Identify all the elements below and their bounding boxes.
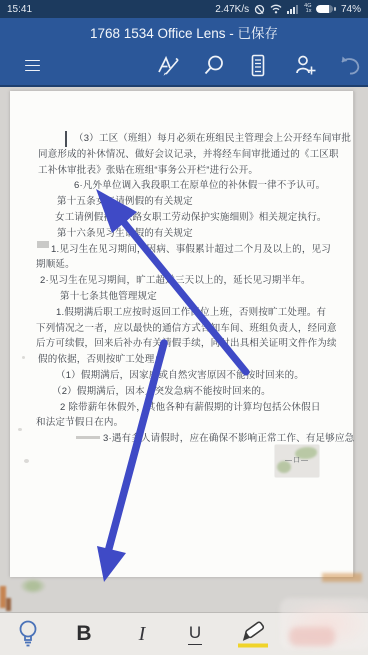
mobile-view-icon (249, 54, 267, 77)
doc-line: 1.假期满后职工应按时返回工作岗位上班，否则按旷工处理。有 (56, 307, 326, 318)
phone-screen: 15:41 2.47K/s 4G 1x (0, 0, 368, 655)
scan-smudge-orange (6, 598, 11, 611)
highlighter-icon (235, 619, 271, 649)
battery-percent: 74% (341, 4, 361, 15)
doc-line: 第十六条见习生请假的有关规定 (57, 228, 193, 239)
italic-button[interactable]: I (126, 613, 158, 655)
doc-line: 6·凡外单位调入我段职工在原单位的补休假一律不予认可。 (74, 180, 325, 191)
scan-artifact-dash (76, 436, 100, 439)
undo-button[interactable] (332, 46, 368, 85)
mobile-view-button[interactable] (240, 46, 276, 85)
document-canvas[interactable]: （3）工区（班组）每月必须在班组民主管理会上公开经车间审批同意形成的补休情况、做… (0, 87, 368, 612)
scanned-page[interactable]: （3）工区（班组）每月必须在班组民主管理会上公开经车间审批同意形成的补休情况、做… (10, 91, 354, 577)
doc-line: 同意形成的补休情况、做好会议记录，并将经车间审批通过的《工区职 (38, 149, 339, 160)
map-thumbnail: —口— (275, 445, 319, 477)
doc-line: 工补休审批表》张贴在班组“事务公开栏”进行公开。 (38, 165, 258, 176)
dual-sim-network-icon: 4G 1x (304, 4, 311, 15)
network-speed: 2.47K/s (215, 4, 249, 15)
doc-line: 3·遇有多人请假时，应在确保不影响正常工作、有足够应急 (103, 433, 354, 444)
clock: 15:41 (7, 4, 32, 15)
share-people-button[interactable] (285, 46, 325, 85)
underline-button[interactable]: U (179, 613, 211, 655)
doc-line: 下列情况之一者，应以最快的通信方式告知车间、班组负责人，经同意 (36, 323, 337, 334)
doc-line: 第十七条其他管理规定 (60, 291, 157, 302)
bold-button[interactable]: B (68, 613, 100, 655)
highlight-button[interactable] (234, 613, 272, 655)
add-people-icon (293, 54, 317, 77)
format-toolbar: B I U (0, 612, 368, 655)
document-title: 1768 1534 Office Lens - 已保存 (90, 22, 278, 42)
scan-speck (24, 459, 29, 463)
scan-speck (22, 356, 25, 359)
top-toolbar (0, 46, 368, 87)
mute-icon (254, 4, 265, 15)
doc-line: 期顺延。 (36, 259, 75, 270)
doc-line: 1.见习生在见习期间，因病、事假累计超过二个月及以上的，见习 (51, 244, 331, 255)
doc-line: 假的依据，否则按旷工处理： (38, 354, 164, 365)
doc-line: （1）假期满后，因家庭或自然灾害原因不能按时回来的。 (56, 370, 304, 381)
scan-speck (18, 428, 22, 431)
format-button[interactable] (150, 46, 188, 85)
status-bar: 15:41 2.47K/s 4G 1x (0, 0, 368, 18)
doc-line: （3）工区（班组）每月必须在班组民主管理会上公开经车间审批 (74, 133, 351, 144)
doc-line: 女工请例假按《铁路女职工劳动保护实施细则》相关规定执行。 (55, 212, 327, 223)
wifi-icon (270, 4, 282, 14)
scan-smudge-orange (322, 573, 362, 582)
doc-line: 后方可续假，回来后补办有关请假手续，同时出具相关证明文件作为续 (36, 338, 337, 349)
scan-artifact-box (37, 241, 49, 248)
search-icon (202, 54, 225, 77)
doc-line: 第十五条女工请例假的有关规定 (57, 196, 193, 207)
undo-icon (338, 55, 362, 77)
menu-button[interactable] (14, 46, 50, 85)
battery-nub (334, 7, 336, 11)
lightbulb-icon (17, 619, 39, 649)
battery-icon (316, 5, 333, 13)
text-cursor (65, 131, 67, 147)
suggestions-button[interactable] (12, 613, 44, 655)
signal-icon (287, 4, 299, 14)
battery-fill (316, 5, 329, 13)
doc-line: （2）假期满后，因本人突发急病不能按时回来的。 (52, 386, 271, 397)
search-button[interactable] (194, 46, 232, 85)
scan-smudge-green (15, 575, 51, 597)
title-bar: 1768 1534 Office Lens - 已保存 (0, 18, 368, 46)
doc-line: 和法定节假日在内。 (36, 417, 123, 428)
doc-line: 2 除带薪年休假外，其他各种有薪假期的计算均包括公休假日 (60, 402, 321, 413)
italic-label: I (139, 623, 146, 646)
underline-label: U (188, 623, 202, 645)
doc-line: 2·见习生在见习期间，旷工超过三天以上的，延长见习期半年。 (40, 275, 311, 286)
bold-label: B (76, 622, 91, 646)
format-icon (157, 55, 181, 77)
map-thumbnail-label: —口— (275, 455, 319, 465)
menu-icon (25, 60, 40, 72)
